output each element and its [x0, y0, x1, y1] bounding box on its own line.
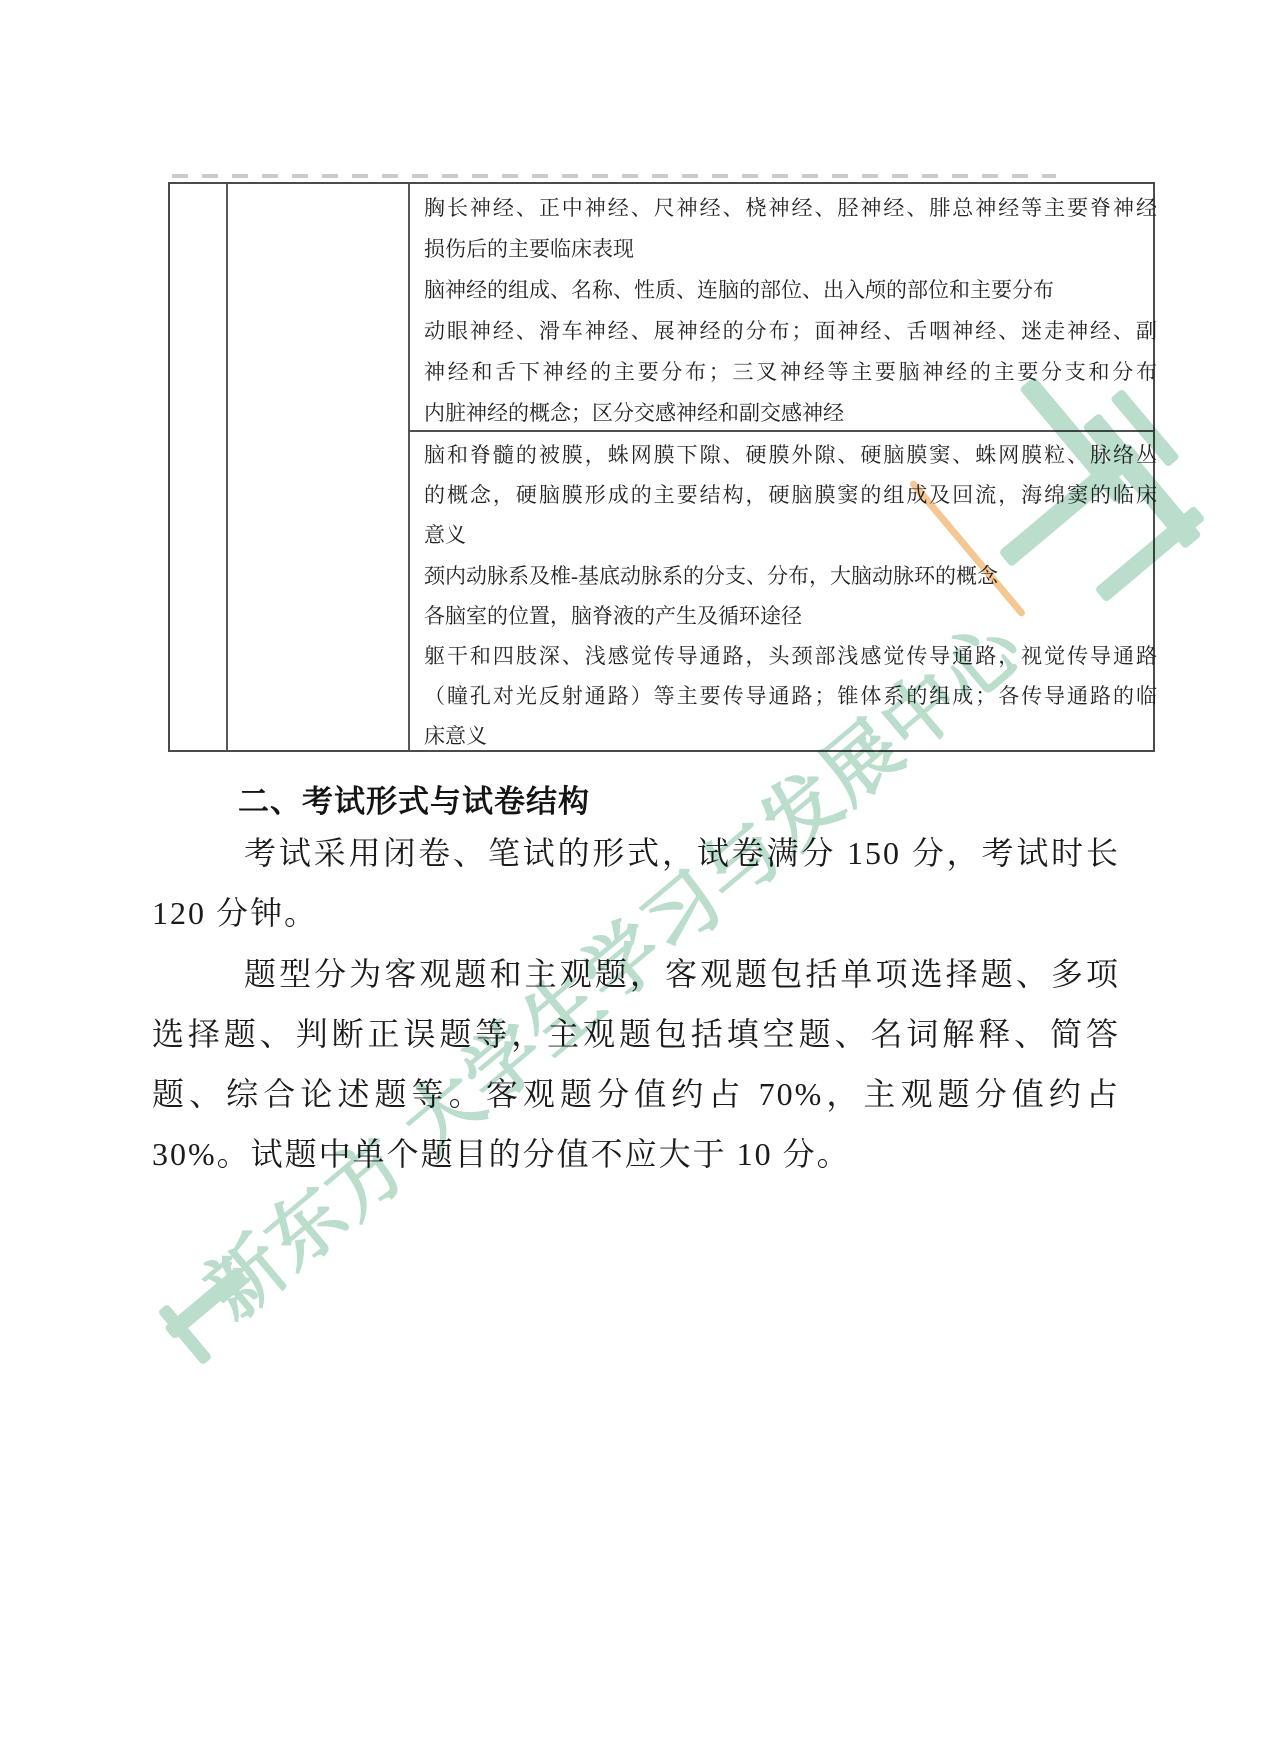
text-line: 30%。试题中单个题目的分值不应大于 10 分。 — [152, 1124, 1120, 1184]
table-column-divider-2 — [408, 184, 410, 750]
text-line: 损伤后的主要临床表现 — [424, 229, 1157, 270]
document-page: 胸长神经、正中神经、尺神经、桡神经、胫神经、腓总神经等主要脊神经损伤后的主要临床… — [0, 0, 1280, 1743]
syllabus-table: 胸长神经、正中神经、尺神经、桡神经、胫神经、腓总神经等主要脊神经损伤后的主要临床… — [168, 182, 1155, 752]
text-line: 各脑室的位置，脑脊液的产生及循环途径 — [424, 596, 1157, 636]
text-line: 选择题、判断正误题等，主观题包括填空题、名词解释、简答 — [152, 1004, 1120, 1064]
text-line: 题型分为客观题和主观题，客观题包括单项选择题、多项 — [152, 944, 1120, 1004]
text-line: 题、综合论述题等。客观题分值约占 70%，主观题分值约占 — [152, 1064, 1120, 1124]
text-line: 的概念，硬脑膜形成的主要结构，硬脑膜窦的组成及回流，海绵窦的临床 — [424, 475, 1157, 515]
text-line: 颈内动脉系及椎-基底动脉系的分支、分布，大脑动脉环的概念 — [424, 556, 1157, 596]
watermark-logo-bar — [158, 1304, 213, 1366]
text-line: 考试采用闭卷、笔试的形式，试卷满分 150 分，考试时长 — [152, 823, 1120, 883]
table-row: 胸长神经、正中神经、尺神经、桡神经、胫神经、腓总神经等主要脊神经损伤后的主要临床… — [411, 188, 1165, 434]
body-paragraphs: 考试采用闭卷、笔试的形式，试卷满分 150 分，考试时长120 分钟。题型分为客… — [152, 823, 1120, 1185]
text-line: 胸长神经、正中神经、尺神经、桡神经、胫神经、腓总神经等主要脊神经 — [424, 188, 1157, 229]
text-line: 120 分钟。 — [152, 883, 1120, 943]
text-line: 内脏神经的概念；区分交感神经和副交感神经 — [424, 393, 1157, 434]
text-line: 脑和脊髓的被膜，蛛网膜下隙、硬膜外隙、硬脑膜窦、蛛网膜粒、脉络丛 — [424, 435, 1157, 475]
text-line: 意义 — [424, 515, 1157, 555]
text-line: 脑神经的组成、名称、性质、连脑的部位、出入颅的部位和主要分布 — [424, 270, 1157, 311]
text-line: 躯干和四肢深、浅感觉传导通路，头颈部浅感觉传导通路，视觉传导通路 — [424, 636, 1157, 676]
text-line: 神经和舌下神经的主要分布；三叉神经等主要脑神经的主要分支和分布 — [424, 352, 1157, 393]
section-heading: 二、考试形式与试卷结构 — [238, 776, 590, 821]
watermark-logo-bar — [164, 1266, 247, 1339]
table-row: 脑和脊髓的被膜，蛛网膜下隙、硬膜外隙、硬脑膜窦、蛛网膜粒、脉络丛的概念，硬脑膜形… — [411, 435, 1165, 757]
clipped-previous-row-artifact — [172, 174, 1056, 178]
table-column-divider-1 — [226, 184, 228, 750]
text-line: 床意义 — [424, 716, 1157, 756]
text-line: （瞳孔对光反射通路）等主要传导通路；锥体系的组成；各传导通路的临 — [424, 676, 1157, 716]
text-line: 动眼神经、滑车神经、展神经的分布；面神经、舌咽神经、迷走神经、副 — [424, 311, 1157, 352]
